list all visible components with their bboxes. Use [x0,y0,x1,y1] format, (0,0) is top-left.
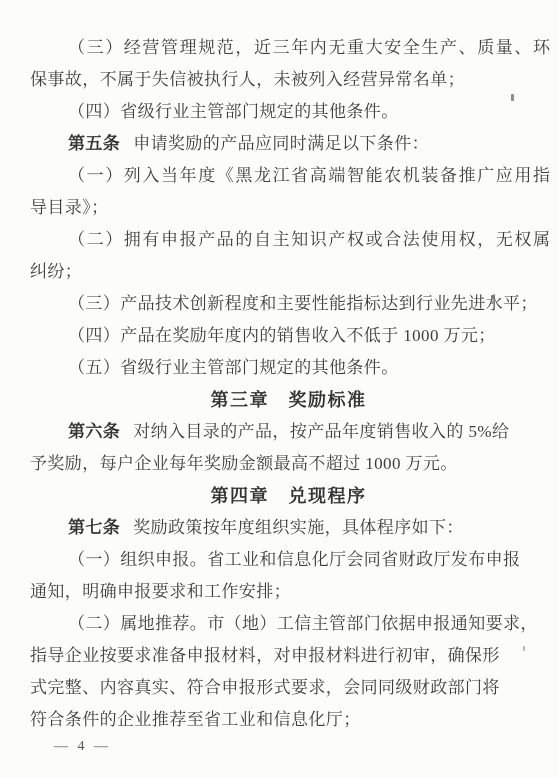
text-line: （三）产品技术创新程度和主要性能指标达到行业先进水平； [30,288,547,320]
article-text: 申请奖励的产品应同时满足以下条件： [133,134,429,153]
text-line: 第五条申请奖励的产品应同时满足以下条件： [30,128,547,160]
scanned-document-page: （三）经营管理规范，近三年内无重大安全生产、质量、环保事故，不属于失信被执行人，… [0,0,559,778]
chapter-heading: 第四章 兑现程序 [30,480,547,512]
text-line: 指导企业按要求准备申报材料，对申报材料进行初审，确保形 [30,640,547,672]
scan-speck [523,646,525,651]
scan-speck [491,295,495,299]
text-line: 纠纷； [30,256,547,288]
article-number: 第七条 [68,518,120,537]
text-line: 保事故，不属于失信被执行人，未被列入经营异常名单； [30,64,547,96]
text-line: （五）省级行业主管部门规定的其他条件。 [30,352,547,384]
article-text: 对纳入目录的产品，按产品年度销售收入的 5%给 [133,422,509,441]
chapter-heading: 第三章 奖励标准 [30,384,547,416]
scan-speck [491,301,494,304]
text-line: 第六条对纳入目录的产品，按产品年度销售收入的 5%给 [30,416,547,448]
text-line: 符合条件的企业推荐至省工业和信息化厅； [30,704,547,736]
text-line: （四）产品在奖励年度内的销售收入不低于 1000 万元； [30,320,547,352]
text-line: 第七条奖励政策按年度组织实施，具体程序如下： [30,512,547,544]
text-line: 式完整、内容真实、符合申报形式要求，会同同级财政部门将 [30,672,547,704]
article-text: 奖励政策按年度组织实施，具体程序如下： [133,518,464,537]
article-number: 第五条 [68,134,120,153]
text-line: （一）组织申报。省工业和信息化厅会同省财政厅发布申报 [30,544,547,576]
text-line: （二）拥有申报产品的自主知识产权或合法使用权，无权属 [30,224,547,256]
scan-speck [511,94,514,101]
text-line: 导目录》； [30,192,547,224]
text-line: （一）列入当年度《黑龙江省高端智能农机装备推广应用指 [30,160,547,192]
text-line: 予奖励，每户企业每年奖励金额最高不超过 1000 万元。 [30,448,547,480]
article-number: 第六条 [68,422,120,441]
text-line: （三）经营管理规范，近三年内无重大安全生产、质量、环 [30,32,547,64]
page-number: — 4 — [54,738,111,756]
text-line: （二）属地推荐。市（地）工信主管部门依据申报通知要求， [30,608,547,640]
text-line: 通知，明确申报要求和工作安排； [30,576,547,608]
text-line: （四）省级行业主管部门规定的其他条件。 [30,96,547,128]
document-body: （三）经营管理规范，近三年内无重大安全生产、质量、环保事故，不属于失信被执行人，… [30,32,547,736]
